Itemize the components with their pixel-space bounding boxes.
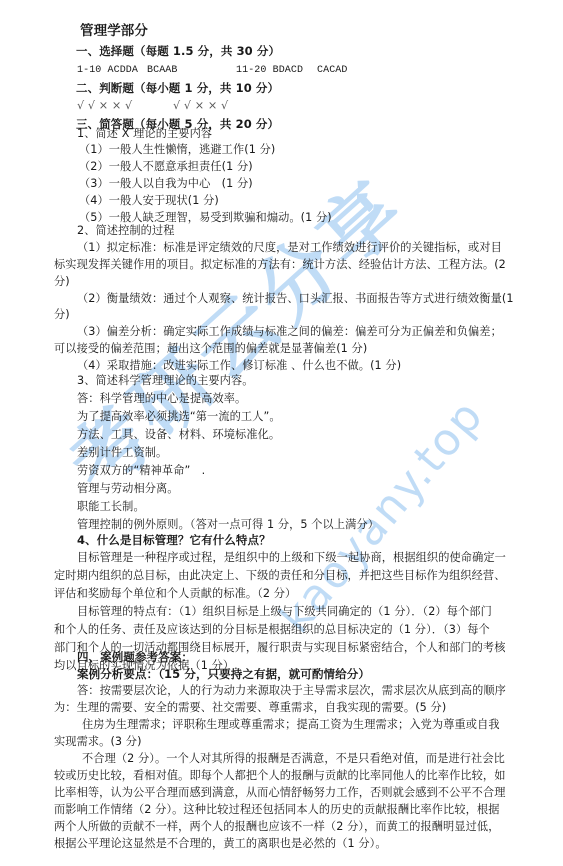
document-title: 管理学部分	[80, 24, 148, 38]
tf-answers-1-5: √ √ × × √	[77, 99, 132, 113]
case-line-1: 答：按需要层次论，人的行为动力来源取决于主导需求层次，需求层次从底到高的顺序	[77, 684, 506, 698]
q1-title: 1、简述 X 理论的主要内容	[77, 127, 212, 141]
q3-line-5: 劳资双方的“精神革命” .	[77, 464, 205, 478]
q1-item-1: （1）一般人生性懒惰，逃避工作(1 分)	[79, 143, 275, 157]
case-analysis-heading: 案例分析要点：（15 分，只要持之有据，就可酌情给分）	[77, 667, 370, 681]
q1-item-3: （3）一般人以自我为中心 (1 分)	[79, 177, 253, 191]
q1-item-5: （5）一般人缺乏理智，易受到欺骗和煽动。(1 分)	[79, 211, 332, 225]
section-4-heading: 四、案例题参考答案：	[77, 650, 193, 664]
q3-line-6: 管理与劳动相分离。	[77, 482, 179, 496]
q3-line-3: 方法、工具、设备、材料、环境标准化。	[77, 428, 280, 442]
q2-line-5: 分)	[54, 308, 70, 322]
mc-answers-11-20-b: CACAD	[317, 64, 348, 78]
q3-line-4: 差别计件工资制。	[77, 446, 167, 460]
q3-line-2: 为了提高效率必须挑选“第一流的工人”。	[77, 410, 281, 424]
q3-title: 3、简述科学管理理论的主要内容。	[77, 374, 254, 388]
q2-line-2: 标实现发挥关键作用的项目。拟定标准的方法有：统计方法、经验估计方法、工程方法。(…	[54, 258, 506, 272]
q2-title: 2、简述控制的过程	[77, 224, 175, 238]
q2-line-1: （1）拟定标准：标准是评定绩效的尺度，是对工作绩效进行评价的关键指标，或对目	[77, 241, 502, 255]
q1-item-2: （2）一般人不愿意承担责任(1 分)	[79, 160, 253, 174]
q2-line-4: （2）衡量绩效：通过个人观察、统计报告、口头汇报、书面报告等方式进行绩效衡量(1	[77, 292, 514, 306]
section-2-heading: 二、判断题（每小题 1 分，共 10 分）	[76, 81, 279, 95]
q1-item-4: （4）一般人安于现状(1 分)	[79, 194, 219, 208]
q2-line-3: 分)	[54, 275, 70, 289]
q2-line-8: （4）采取措施：改进实际工作、修订标准 、什么也不做。(1 分)	[77, 359, 401, 373]
case-line-7: 比率相等，认为公平合理而感到满意，从而心情舒畅努力工作，否则就会感到不公平不合理	[54, 786, 506, 800]
q3-line-1: 答：科学管理的中心是提高效率。	[77, 392, 246, 406]
section-1-heading: 一、选择题（每题 1.5 分，共 30 分）	[76, 44, 280, 58]
case-line-2: 为：生理的需要、安全的需要、社交需要、尊重需求，自我实现的需要。(5 分)	[54, 701, 446, 715]
case-line-5: 不合理（2 分）。一个人对其所得的报酬是否满意，不是只看绝对值，而是进行社会比	[82, 752, 505, 766]
q3-line-8: 管理控制的例外原则。（答对一点可得 1 分，5 个以上满分）	[77, 518, 379, 532]
mc-answers-1-10-b: BCAAB	[147, 64, 178, 78]
q4-line-2: 定时期内组织的总目标，由此决定上、下级的责任和分目标，并把这些目标作为组织经营、	[54, 569, 506, 583]
case-line-10: 根据公平理论这显然是不合理的，黄工的离职也是必然的（1 分）。	[54, 837, 387, 851]
q4-title: 4、什么是目标管理？它有什么特点？	[77, 533, 271, 547]
case-line-4: 实现需求。(3 分)	[54, 735, 142, 749]
document-page: 考研云分享 kaoyany.top 管理学部分 一、选择题（每题 1.5 分，共…	[0, 0, 563, 866]
q4-line-3: 评估和奖励每个单位和个人贡献的标准。（2 分）	[54, 587, 296, 601]
q4-line-1: 目标管理是一种程序或过程，是组织中的上级和下级一起协商，根据组织的使命确定一	[77, 551, 506, 565]
q2-line-7: 可以接受的偏差范围；超出这个范围的偏差就是显著偏差(1 分)	[54, 342, 367, 356]
q3-line-7: 职能工长制。	[77, 500, 145, 514]
tf-answers-6-10: √ √ × × √	[173, 99, 228, 113]
case-line-3: 住房为生理需求；评职称生理或尊重需求；提高工资为生理需求；入党为尊重或自我	[82, 718, 500, 732]
case-line-9: 两个人所做的贡献不一样，两个人的报酬也应该不一样（2 分），而黄工的报酬明显过低…	[54, 820, 500, 834]
q4-line-4: 目标管理的特点有：（1）组织目标是上级与下级共同确定的（1 分）．（2）每个部门	[77, 605, 492, 619]
case-line-8: 而影响工作情绪（2 分）。这种比较过程还包括同本人的历史的贡献报酬比率作比较，根…	[54, 803, 500, 817]
case-line-6: 较或历史比较，看相对值。即每个人都把个人的报酬与贡献的比率同他人的比率作比较，如	[54, 769, 506, 783]
q4-line-5: 和个人的任务、责任及应该达到的分目标是根据组织的总目标决定的（1 分）．（3）每…	[54, 623, 490, 637]
mc-answers-1-10: 1-10 ACDDA	[77, 64, 138, 78]
q2-line-6: （3）偏差分析：确定实际工作成绩与标准之间的偏差：偏差可分为正偏差和负偏差；	[77, 325, 502, 339]
mc-answers-11-20: 11-20 BDACD	[236, 64, 303, 78]
